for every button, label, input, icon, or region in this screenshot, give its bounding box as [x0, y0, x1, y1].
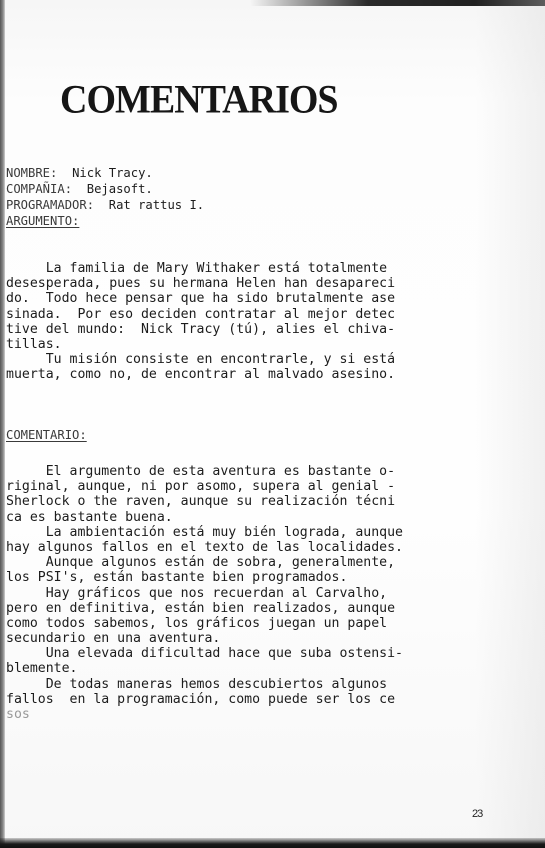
programador-label: PROGRAMADOR:: [6, 198, 94, 212]
comentario-heading: COMENTARIO:: [6, 428, 87, 442]
text-line: sos: [6, 707, 486, 722]
text-line: do. Todo hece pensar que ha sido brutalm…: [6, 291, 486, 306]
text-line: sinada. Por eso deciden contratar al mej…: [6, 307, 486, 322]
text-line: Hay gráficos que nos recuerdan al Carval…: [6, 586, 486, 601]
compania-label: COMPAÑIA:: [6, 182, 72, 196]
text-line: hay algunos fallos en el texto de las lo…: [6, 540, 486, 555]
compania-value: Bejasoft.: [87, 182, 153, 196]
text-line: Tu misión consiste en encontrarle, y si …: [6, 352, 486, 367]
programador-value: Rat rattus I.: [109, 198, 204, 212]
text-line: ca es bastante buena.: [6, 510, 486, 525]
info-row-compania: COMPAÑIA: Bejasoft.: [6, 181, 204, 197]
text-line: los PSI's, están bastante bien programad…: [6, 570, 486, 585]
game-info: NOMBRE: Nick Tracy. COMPAÑIA: Bejasoft. …: [6, 165, 204, 229]
text-line: Sherlock o the raven, aunque su realizac…: [6, 494, 486, 509]
comentario-text: El argumento de esta aventura es bastant…: [6, 464, 486, 722]
page-number: 23: [472, 808, 482, 820]
argumento-heading: ARGUMENTO:: [6, 214, 79, 228]
info-row-programador: PROGRAMADOR: Rat rattus I.: [6, 197, 204, 213]
nombre-value: Nick Tracy.: [72, 166, 153, 180]
text-line: Aunque algunos están de sobra, generalme…: [6, 555, 486, 570]
text-line: La familia de Mary Withaker está totalme…: [6, 261, 486, 276]
text-line: riginal, aunque, ni por asomo, supera al…: [6, 479, 486, 494]
text-line: desesperada, pues su hermana Helen han d…: [6, 276, 486, 291]
binding-spine: [0, 0, 5, 848]
text-line: pero en definitiva, están bien realizado…: [6, 601, 486, 616]
text-line: fallos en la programación, como puede se…: [6, 692, 486, 707]
text-line: El argumento de esta aventura es bastant…: [6, 464, 486, 479]
info-row-nombre: NOMBRE: Nick Tracy.: [6, 165, 204, 181]
text-line: blemente.: [6, 661, 486, 676]
scanned-page: COMENTARIOS NOMBRE: Nick Tracy. COMPAÑIA…: [0, 0, 545, 848]
text-line: tillas.: [6, 337, 486, 352]
page-title: COMENTARIOS: [60, 77, 338, 123]
text-line: tive del mundo: Nick Tracy (tú), alies e…: [6, 322, 486, 337]
scan-bottom-shadow: [0, 838, 545, 848]
info-row-argumento: ARGUMENTO:: [6, 213, 204, 229]
text-line: como todos sabemos, los gráficos juegan …: [6, 616, 486, 631]
text-line: Una elevada dificultad hace que suba ost…: [6, 646, 486, 661]
text-line: De todas maneras hemos descubiertos algu…: [6, 677, 486, 692]
nombre-label: NOMBRE:: [6, 166, 57, 180]
text-line: muerta, como no, de encontrar al malvado…: [6, 367, 486, 382]
argumento-text: La familia de Mary Withaker está totalme…: [6, 261, 486, 383]
text-line: secundario en una aventura.: [6, 631, 486, 646]
text-line: La ambientación está muy bién lograda, a…: [6, 525, 486, 540]
